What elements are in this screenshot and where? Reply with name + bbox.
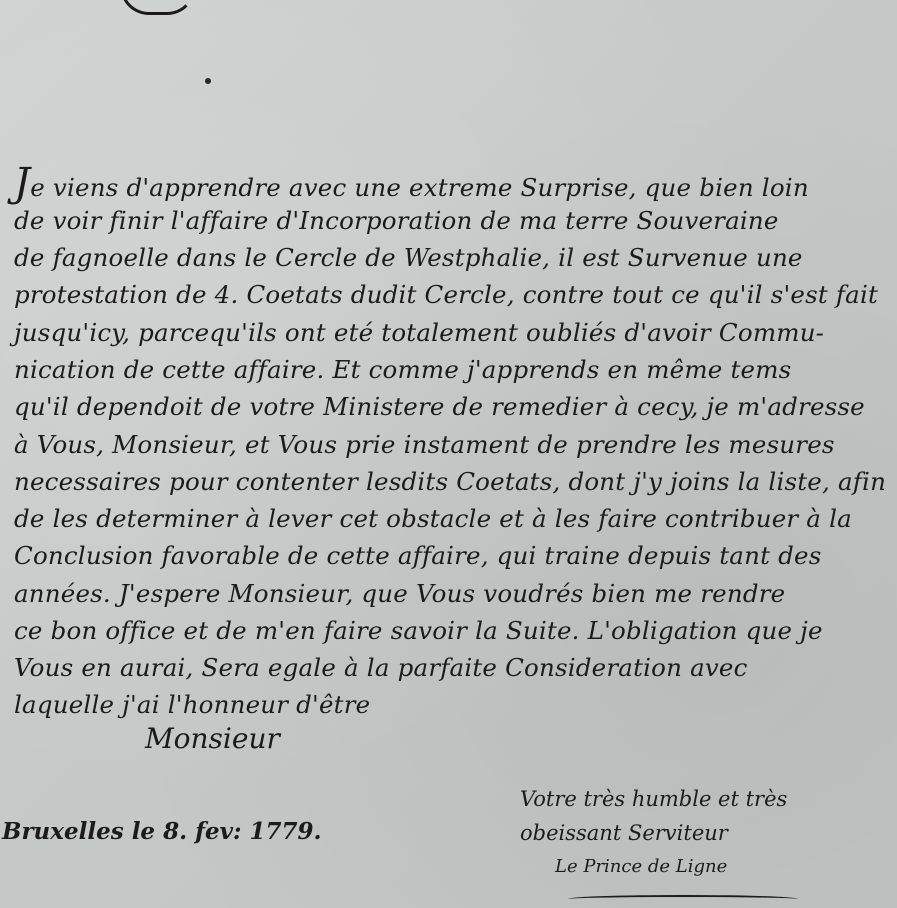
body-line-10: de les determiner à lever cet obstacle e…: [14, 504, 852, 534]
body-line-15: laquelle j'ai l'honneur d'être: [14, 690, 370, 720]
body-line-8: à Vous, Monsieur, et Vous prie instament…: [14, 430, 835, 460]
closing-salutation: Monsieur: [145, 722, 280, 755]
body-line-6: nication de cette affaire. Et comme j'ap…: [14, 355, 791, 385]
signature-name: Le Prince de Ligne: [520, 850, 787, 884]
body-line-3: de fagnoelle dans le Cercle de Westphali…: [14, 243, 803, 273]
place-and-date: Bruxelles le 8. fev: 1779.: [2, 818, 322, 845]
body-line-12: années. J'espere Monsieur, que Vous voud…: [14, 579, 785, 609]
body-line-5: jusqu'icy, parcequ'ils ont eté totalemen…: [14, 318, 824, 348]
signature-line-1: Votre très humble et très: [520, 782, 787, 816]
body-line-4: protestation de 4. Coetats dudit Cercle,…: [14, 280, 878, 310]
body-line-9: necessaires pour contenter lesdits Coeta…: [14, 467, 886, 497]
body-line-1: Je viens d'apprendre avec une extreme Su…: [14, 168, 809, 203]
signature-underline-icon: [568, 895, 798, 903]
ink-spot-icon: [205, 78, 211, 84]
signature-line-2: obeissant Serviteur: [520, 816, 787, 850]
signature-block: Votre très humble et très obeissant Serv…: [520, 782, 787, 884]
body-line-14: Vous en aurai, Sera egale à la parfaite …: [14, 653, 748, 683]
body-line-7: qu'il dependoit de votre Ministere de re…: [14, 392, 865, 422]
body-line-13: ce bon office et de m'en faire savoir la…: [14, 616, 823, 646]
letter-page: Je viens d'apprendre avec une extreme Su…: [0, 0, 897, 908]
top-flourish-icon: [120, 0, 196, 15]
body-line-2: de voir finir l'affaire d'Incorporation …: [14, 206, 779, 236]
body-line-11: Conclusion favorable de cette affaire, q…: [14, 541, 821, 571]
